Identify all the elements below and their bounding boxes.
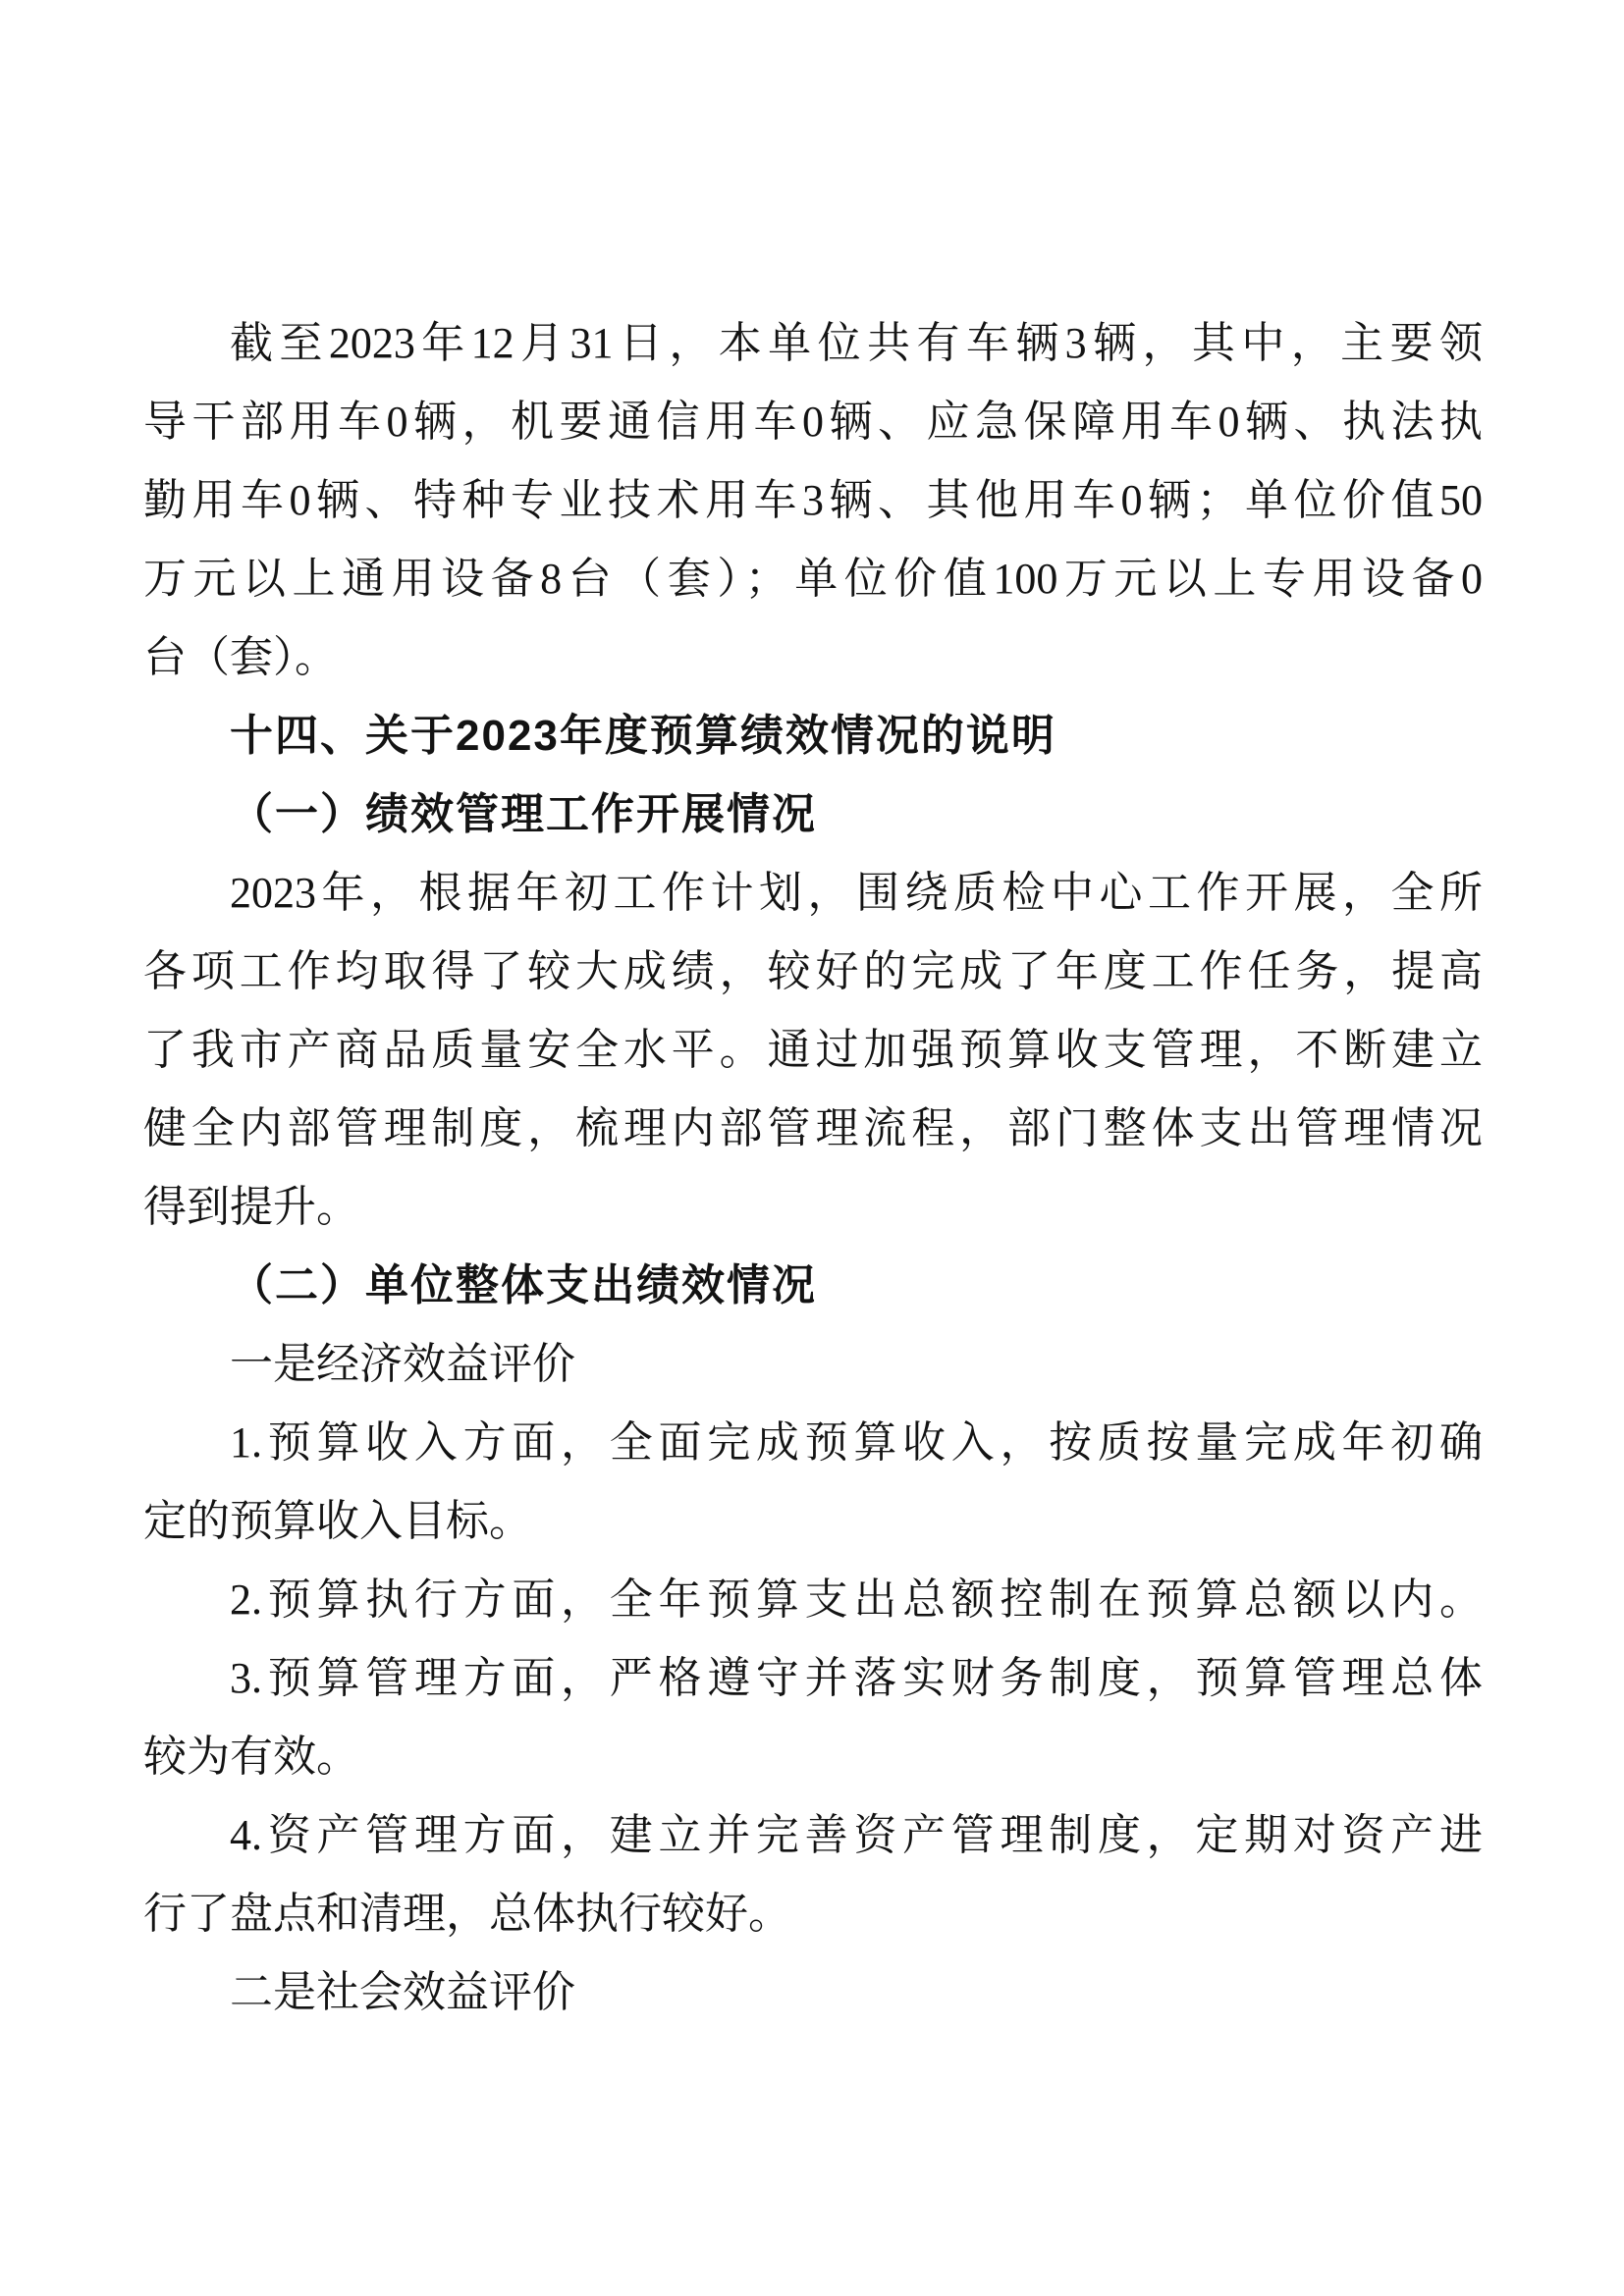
- paragraph-line: 一是经济效益评价: [143, 1325, 1483, 1404]
- paragraph-line: 各项工作均取得了较大成绩，较好的完成了年度工作任务，提高: [143, 933, 1483, 1011]
- heading-2-line: （一）绩效管理工作开展情况: [143, 775, 1483, 854]
- paragraph-line: 2.预算执行方面，全年预算支出总额控制在预算总额以内。: [143, 1561, 1483, 1639]
- paragraph-line: 2023年，根据年初工作计划，围绕质检中心工作开展，全所: [143, 854, 1483, 933]
- paragraph-line: 勤用车0辆、特种专业技术用车3辆、其他用车0辆；单位价值50: [143, 461, 1483, 540]
- paragraph-line: 3.预算管理方面，严格遵守并落实财务制度，预算管理总体: [143, 1639, 1483, 1718]
- document-page: 截至2023年12月31日，本单位共有车辆3辆，其中，主要领导干部用车0辆，机要…: [0, 0, 1624, 2296]
- paragraph-line: 导干部用车0辆，机要通信用车0辆、应急保障用车0辆、执法执: [143, 383, 1483, 461]
- document-text-block: 截至2023年12月31日，本单位共有车辆3辆，其中，主要领导干部用车0辆，机要…: [143, 304, 1483, 2032]
- paragraph-line: 台（套）。: [143, 618, 1483, 697]
- paragraph-line: 健全内部管理制度，梳理内部管理流程，部门整体支出管理情况: [143, 1090, 1483, 1168]
- paragraph-line: 二是社会效益评价: [143, 1953, 1483, 2032]
- paragraph-line: 4.资产管理方面，建立并完善资产管理制度，定期对资产进: [143, 1796, 1483, 1875]
- paragraph-line: 截至2023年12月31日，本单位共有车辆3辆，其中，主要领: [143, 304, 1483, 383]
- paragraph-line: 1.预算收入方面，全面完成预算收入，按质按量完成年初确: [143, 1404, 1483, 1482]
- heading-2-line: （二）单位整体支出绩效情况: [143, 1247, 1483, 1325]
- paragraph-line: 了我市产商品质量安全水平。通过加强预算收支管理，不断建立: [143, 1011, 1483, 1090]
- paragraph-line: 较为有效。: [143, 1718, 1483, 1796]
- paragraph-line: 万元以上通用设备8台（套）；单位价值100万元以上专用设备0: [143, 540, 1483, 618]
- heading-1-line: 十四、关于2023年度预算绩效情况的说明: [143, 697, 1483, 775]
- paragraph-line: 定的预算收入目标。: [143, 1482, 1483, 1561]
- paragraph-line: 得到提升。: [143, 1168, 1483, 1247]
- paragraph-line: 行了盘点和清理，总体执行较好。: [143, 1875, 1483, 1953]
